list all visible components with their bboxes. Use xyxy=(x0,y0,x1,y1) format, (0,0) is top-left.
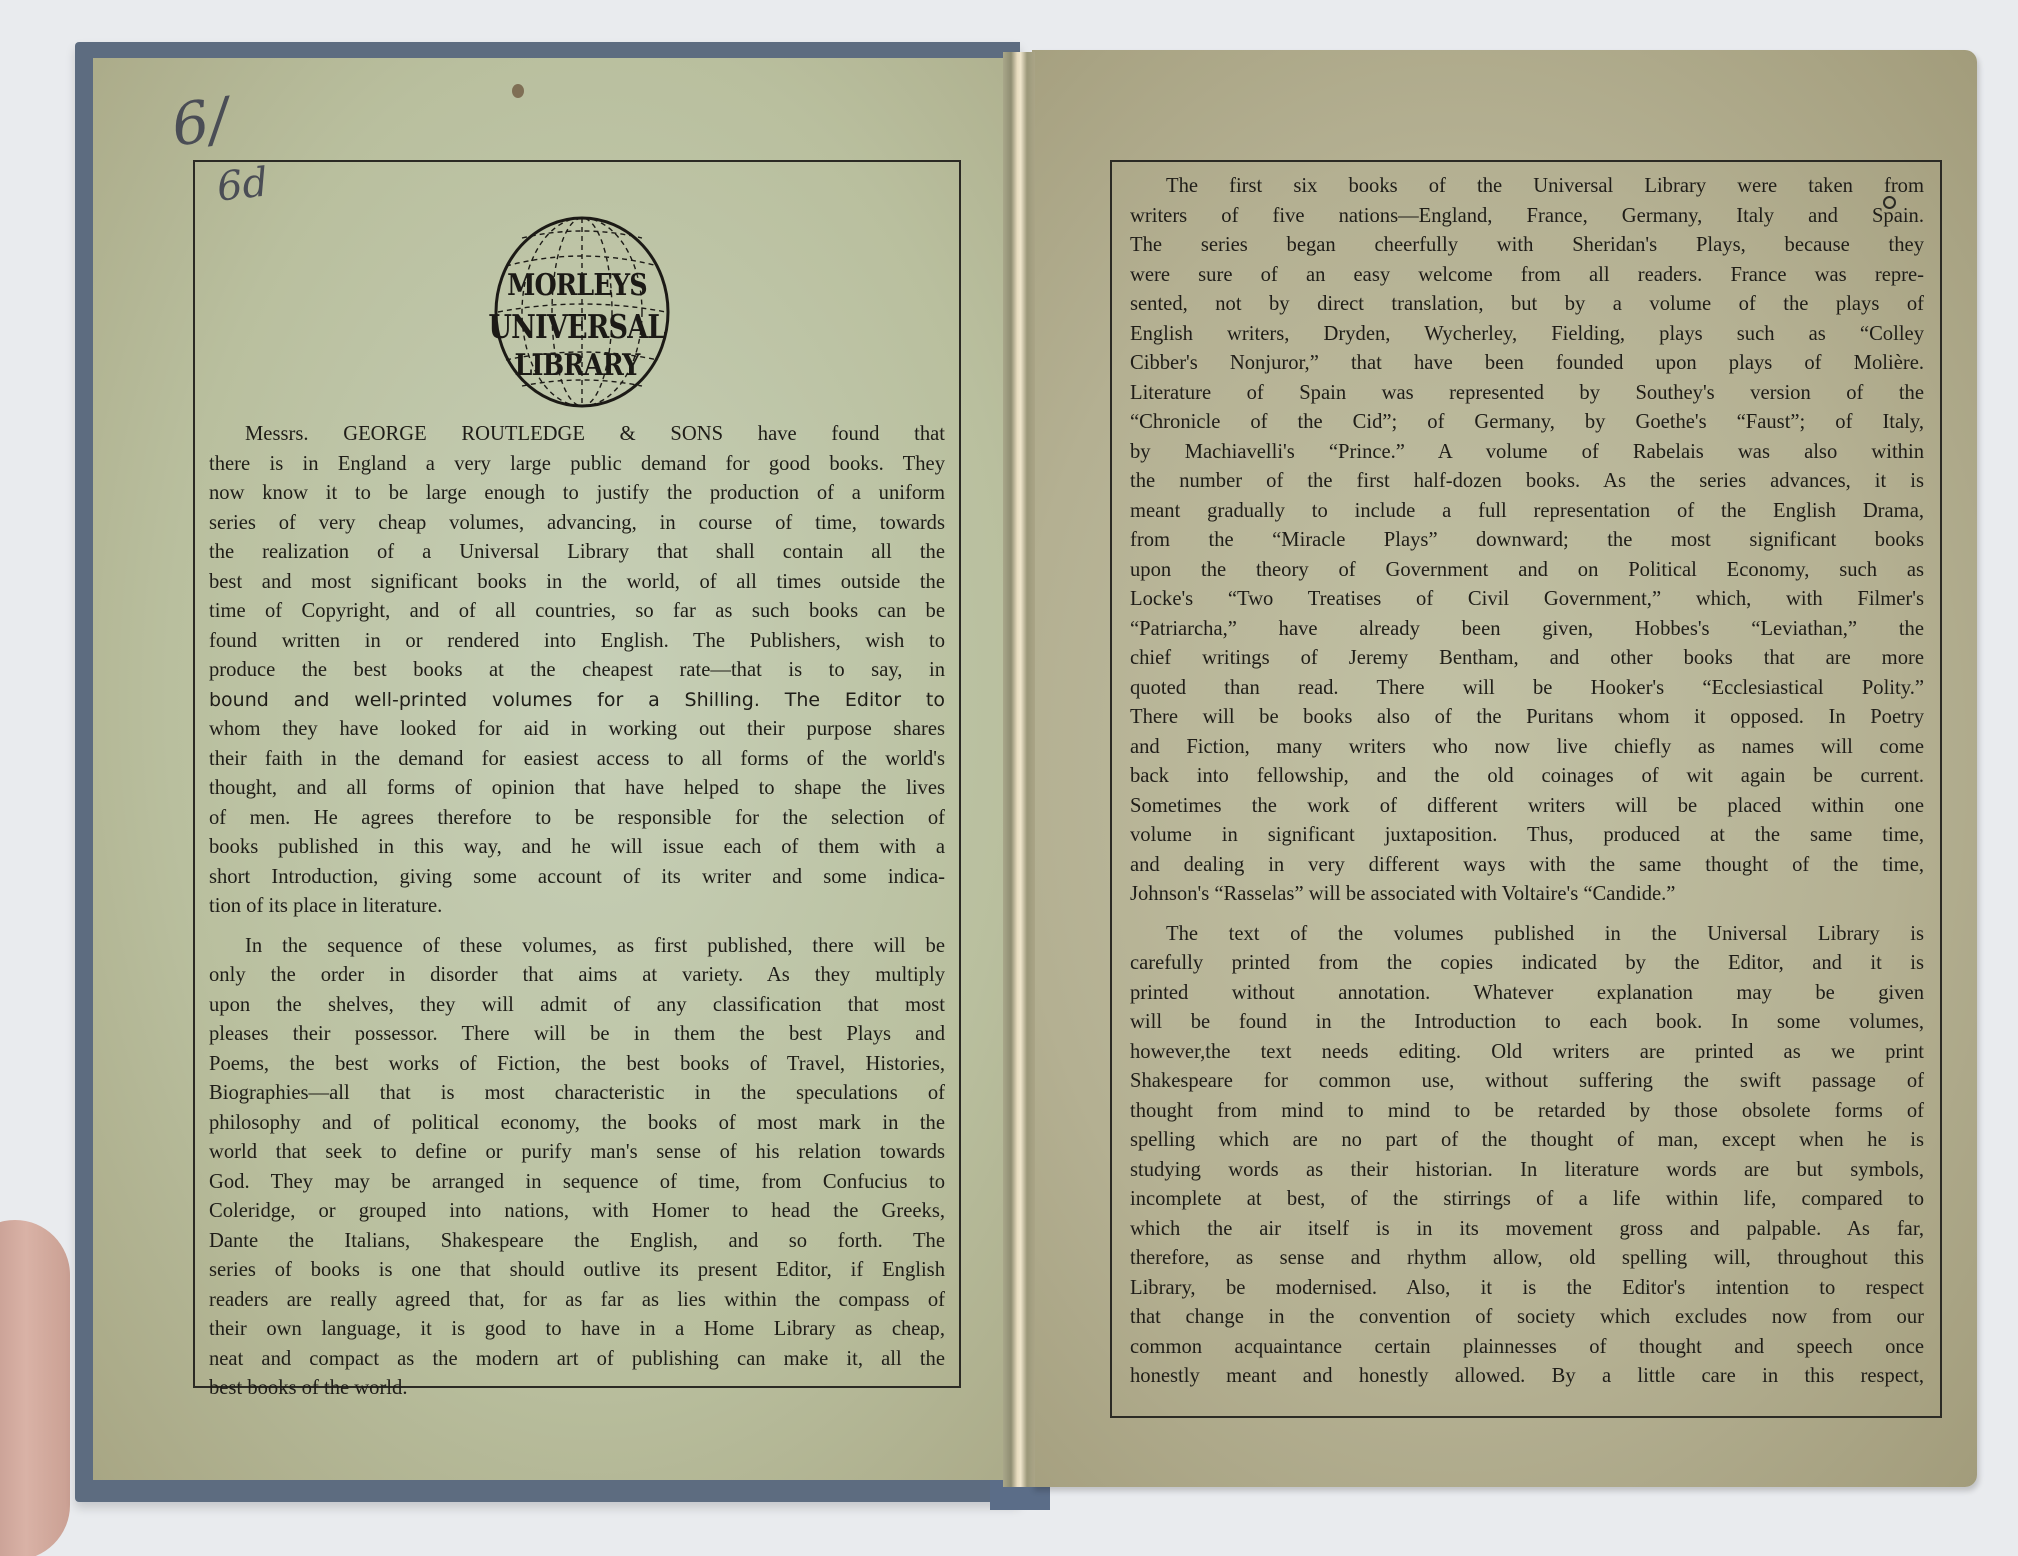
text-line: books published in this way, and he will… xyxy=(209,833,945,863)
left-paragraph-1: Messrs. GEORGE ROUTLEDGE & SONS have fou… xyxy=(209,420,945,922)
text-line: “Chronicle of the Cid”; of Germany, by G… xyxy=(1130,408,1924,438)
text-line: and dealing in very different ways with … xyxy=(1130,851,1924,881)
ink-mark xyxy=(1883,196,1896,209)
left-advertisement-box: MORLEYS UNIVERSAL LIBRARY 6d Messrs. GEO… xyxy=(193,160,961,1388)
text-line: from the “Miracle Plays” downward; the m… xyxy=(1130,526,1924,556)
text-line: only the order in disorder that aims at … xyxy=(209,961,945,991)
text-line: time of Copyright, and of all countries,… xyxy=(209,597,945,627)
text-line: philosophy and of political economy, the… xyxy=(209,1109,945,1139)
text-line: there is in England a very large public … xyxy=(209,450,945,480)
text-line: thought, and all forms of opinion that h… xyxy=(209,774,945,804)
text-line: writers of five nations—England, France,… xyxy=(1130,202,1924,232)
text-line: bound and well-printed volumes for a Shi… xyxy=(209,686,945,716)
text-line: Coleridge, or grouped into nations, with… xyxy=(209,1197,945,1227)
text-line: produce the best books at the cheapest r… xyxy=(209,656,945,686)
logo-line-3: LIBRARY xyxy=(264,348,890,383)
text-line: carefully printed from the copies indica… xyxy=(1130,949,1924,979)
text-line: printed without annotation. Whatever exp… xyxy=(1130,979,1924,1009)
text-line: The series began cheerfully with Sherida… xyxy=(1130,231,1924,261)
text-line: Johnson's “Rasselas” will be associated … xyxy=(1130,880,1924,910)
text-line: tion of its place in literature. xyxy=(209,892,945,922)
text-line: common acquaintance certain plainnesses … xyxy=(1130,1333,1924,1363)
text-line: In the sequence of these volumes, as fir… xyxy=(209,932,945,962)
text-line: the number of the first half-dozen books… xyxy=(1130,467,1924,497)
text-line: short Introduction, giving some account … xyxy=(209,863,945,893)
text-line: Messrs. GEORGE ROUTLEDGE & SONS have fou… xyxy=(209,420,945,450)
morleys-universal-library-logo: MORLEYS UNIVERSAL LIBRARY xyxy=(209,172,945,420)
text-line: however,the text needs editing. Old writ… xyxy=(1130,1038,1924,1068)
text-line: series of books is one that should outli… xyxy=(209,1256,945,1286)
text-line: neat and compact as the modern art of pu… xyxy=(209,1345,945,1375)
text-line: now know it to be large enough to justif… xyxy=(209,479,945,509)
text-line: Poems, the best works of Fiction, the be… xyxy=(209,1050,945,1080)
text-line: series of very cheap volumes, advancing,… xyxy=(209,509,945,539)
ink-stain xyxy=(512,84,524,98)
text-line: readers are really agreed that, for as f… xyxy=(209,1286,945,1316)
text-line: Biographies—all that is most characteris… xyxy=(209,1079,945,1109)
text-line: incomplete at best, of the stirrings of … xyxy=(1130,1185,1924,1215)
text-line: back into fellowship, and the old coinag… xyxy=(1130,762,1924,792)
text-line: Library, be modernised. Also, it is the … xyxy=(1130,1274,1924,1304)
text-line: sented, not by direct translation, but b… xyxy=(1130,290,1924,320)
text-line: English writers, Dryden, Wycherley, Fiel… xyxy=(1130,320,1924,350)
text-line: that change in the convention of society… xyxy=(1130,1303,1924,1333)
text-line: honestly meant and honestly allowed. By … xyxy=(1130,1362,1924,1392)
text-line: the realization of a Universal Library t… xyxy=(209,538,945,568)
text-line: upon the theory of Government and on Pol… xyxy=(1130,556,1924,586)
text-line: by Machiavelli's “Prince.” A volume of R… xyxy=(1130,438,1924,468)
text-line: spelling which are no part of the though… xyxy=(1130,1126,1924,1156)
text-line: quoted than read. There will be Hooker's… xyxy=(1130,674,1924,704)
text-line: Literature of Spain was represented by S… xyxy=(1130,379,1924,409)
text-line: and Fiction, many writers who now live c… xyxy=(1130,733,1924,763)
handwritten-corner-mark: 6/ xyxy=(168,84,233,159)
text-line: pleases their possessor. There will be i… xyxy=(209,1020,945,1050)
right-paragraph-2: The text of the volumes published in the… xyxy=(1130,920,1924,1392)
text-line: The text of the volumes published in the… xyxy=(1130,920,1924,950)
text-line: best books of the world. xyxy=(209,1374,945,1404)
text-line: volume in significant juxtaposition. Thu… xyxy=(1130,821,1924,851)
right-text-box: The first six books of the Universal Lib… xyxy=(1110,160,1942,1418)
text-line: Locke's “Two Treatises of Civil Governme… xyxy=(1130,585,1924,615)
text-line: Sometimes the work of different writers … xyxy=(1130,792,1924,822)
text-line: studying words as their historian. In li… xyxy=(1130,1156,1924,1186)
text-line: therefore, as sense and rhythm allow, ol… xyxy=(1130,1244,1924,1274)
logo-line-1: MORLEYS xyxy=(264,268,890,303)
book-gutter xyxy=(1003,52,1035,1487)
right-paragraph-1: The first six books of the Universal Lib… xyxy=(1130,172,1924,910)
text-line: were sure of an easy welcome from all re… xyxy=(1130,261,1924,291)
text-line: best and most significant books in the w… xyxy=(209,568,945,598)
text-line: thought from mind to mind to be retarded… xyxy=(1130,1097,1924,1127)
text-line: found written in or rendered into Englis… xyxy=(209,627,945,657)
text-line: of men. He agrees therefore to be respon… xyxy=(209,804,945,834)
text-line: world that seek to define or purify man'… xyxy=(209,1138,945,1168)
text-line: chief writings of Jeremy Bentham, and ot… xyxy=(1130,644,1924,674)
text-line: Dante the Italians, Shakespeare the Engl… xyxy=(209,1227,945,1257)
text-line: their faith in the demand for easiest ac… xyxy=(209,745,945,775)
text-line: God. They may be arranged in sequence of… xyxy=(209,1168,945,1198)
text-line: Shakespeare for common use, without suff… xyxy=(1130,1067,1924,1097)
holding-finger xyxy=(0,1220,70,1556)
text-line: Cibber's Nonjuror,” that have been found… xyxy=(1130,349,1924,379)
text-line: will be found in the Introduction to eac… xyxy=(1130,1008,1924,1038)
text-line: upon the shelves, they will admit of any… xyxy=(209,991,945,1021)
text-line: their own language, it is good to have i… xyxy=(209,1315,945,1345)
left-paragraph-2: In the sequence of these volumes, as fir… xyxy=(209,932,945,1404)
logo-line-2: UNIVERSAL xyxy=(275,307,879,346)
text-line: “Patriarcha,” have already been given, H… xyxy=(1130,615,1924,645)
text-line: meant gradually to include a full repres… xyxy=(1130,497,1924,527)
text-line: which the air itself is in its movement … xyxy=(1130,1215,1924,1245)
text-line: The first six books of the Universal Lib… xyxy=(1130,172,1924,202)
text-line: whom they have looked for aid in working… xyxy=(209,715,945,745)
handwritten-price-mark: 6d xyxy=(215,159,271,210)
text-line: There will be books also of the Puritans… xyxy=(1130,703,1924,733)
